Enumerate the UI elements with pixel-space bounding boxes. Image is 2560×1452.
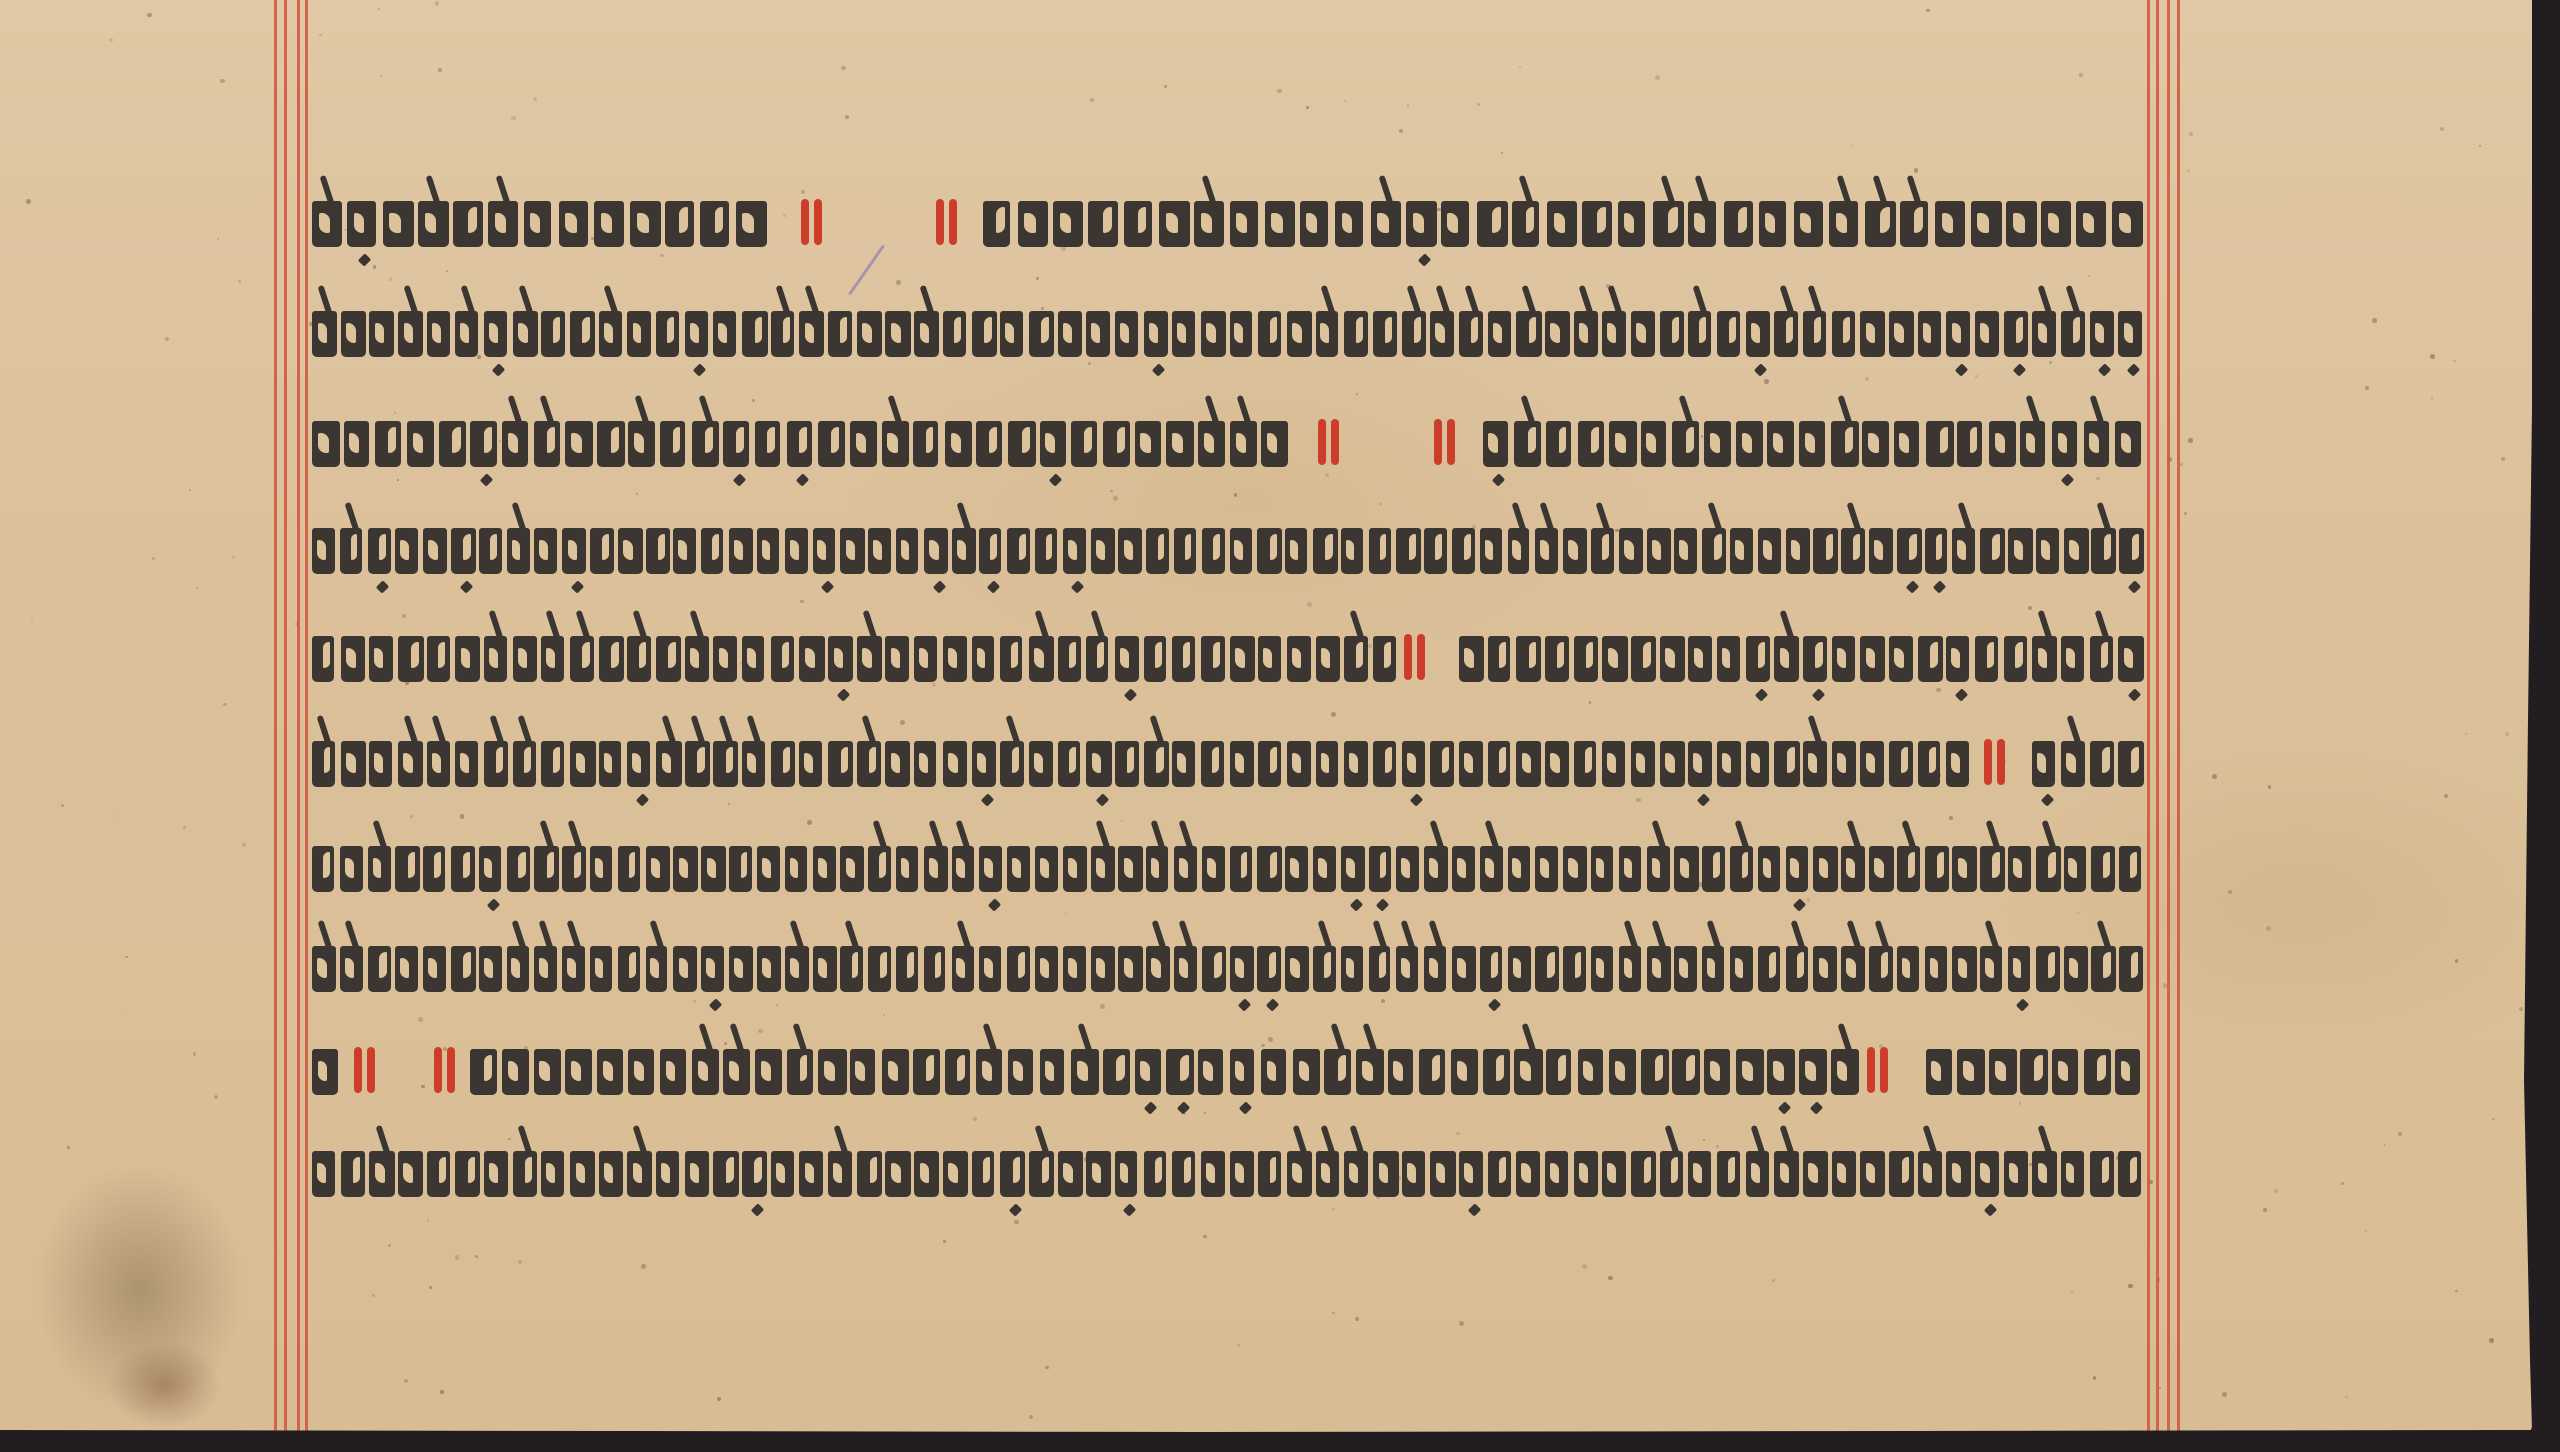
- paper-speck: [147, 13, 151, 17]
- script-glyph: [785, 528, 808, 574]
- script-glyph: [771, 741, 795, 787]
- script-glyph: [341, 636, 366, 682]
- script-glyph: [1631, 311, 1656, 357]
- script-glyph: [1631, 636, 1656, 682]
- script-glyph: [1316, 741, 1339, 787]
- script-glyph: [656, 311, 679, 357]
- script-glyph: [1172, 741, 1195, 787]
- script-glyph: [857, 1151, 883, 1197]
- script-glyph: [1591, 946, 1613, 992]
- script-glyph: [1897, 846, 1920, 892]
- script-glyph: [1925, 846, 1949, 892]
- script-glyph: [1980, 846, 2005, 892]
- script-glyph: [484, 311, 507, 357]
- script-glyph: [590, 946, 612, 992]
- script-glyph: [1869, 846, 1894, 892]
- script-glyph: [1257, 528, 1282, 574]
- script-glyph: [455, 636, 479, 682]
- script-glyph: [1926, 1049, 1953, 1095]
- script-glyph: [785, 946, 809, 992]
- script-glyph: [1287, 1151, 1312, 1197]
- script-glyph: [1488, 1151, 1511, 1197]
- script-glyph: [1799, 1049, 1827, 1095]
- script-glyph: [1406, 201, 1437, 247]
- script-glyph: [729, 846, 752, 892]
- script-glyph: [1869, 946, 1893, 992]
- script-glyph: [799, 741, 822, 787]
- script-glyph: [1029, 636, 1054, 682]
- paper-speck: [2184, 512, 2187, 515]
- script-glyph: [1730, 846, 1753, 892]
- red-danda-mark: [801, 199, 809, 245]
- script-glyph: [1373, 741, 1397, 787]
- script-glyph: [1618, 201, 1646, 247]
- script-glyph: [369, 1151, 395, 1197]
- script-glyph: [2032, 741, 2055, 787]
- red-danda-mark: [1880, 1047, 1888, 1093]
- script-glyph: [713, 636, 737, 682]
- script-glyph: [2064, 528, 2089, 574]
- script-glyph: [1103, 421, 1131, 467]
- script-glyph: [1230, 1049, 1255, 1095]
- script-glyph: [771, 311, 795, 357]
- script-glyph: [570, 1151, 595, 1197]
- paper-speck: [2268, 785, 2271, 788]
- script-glyph: [1660, 1151, 1683, 1197]
- script-glyph: [646, 528, 670, 574]
- script-glyph: [340, 528, 362, 574]
- script-glyph: [1946, 311, 1970, 357]
- script-glyph: [713, 311, 736, 357]
- script-glyph: [1609, 1049, 1636, 1095]
- script-glyph: [713, 741, 738, 787]
- script-glyph: [453, 201, 483, 247]
- paper-speck: [232, 556, 235, 559]
- script-glyph: [1841, 846, 1864, 892]
- script-glyph: [828, 636, 853, 682]
- script-glyph: [1631, 741, 1655, 787]
- script-glyph: [1619, 846, 1641, 892]
- script-glyph: [1512, 201, 1540, 247]
- paper-speck: [2455, 959, 2458, 962]
- script-glyph: [398, 1151, 423, 1197]
- paper-speck: [125, 956, 128, 959]
- script-glyph: [945, 421, 972, 467]
- script-glyph: [590, 528, 614, 574]
- script-glyph: [1287, 741, 1311, 787]
- script-glyph: [665, 201, 694, 247]
- script-glyph: [1591, 528, 1614, 574]
- script-glyph: [2090, 636, 2113, 682]
- paper-speck: [1029, 1415, 1033, 1419]
- paper-speck: [2455, 1290, 2457, 1292]
- script-glyph: [914, 636, 937, 682]
- script-glyph: [1574, 1151, 1599, 1197]
- script-glyph: [2020, 421, 2045, 467]
- script-glyph: [1202, 946, 1227, 992]
- script-glyph: [627, 741, 650, 787]
- script-glyph: [451, 946, 476, 992]
- script-glyph: [565, 1049, 592, 1095]
- paper-speck: [2274, 1189, 2278, 1193]
- script-glyph: [1230, 1151, 1255, 1197]
- left-margin-rule: [305, 0, 308, 1432]
- script-glyph: [1230, 421, 1258, 467]
- script-glyph: [885, 636, 909, 682]
- script-glyph: [1841, 528, 1865, 574]
- script-glyph: [541, 636, 564, 682]
- paper-speck: [2345, 1396, 2347, 1398]
- script-glyph: [713, 1151, 739, 1197]
- red-danda-mark: [1434, 419, 1442, 465]
- script-glyph: [1975, 311, 1999, 357]
- script-glyph: [787, 1049, 813, 1095]
- script-glyph: [398, 311, 423, 357]
- script-glyph: [1287, 311, 1313, 357]
- manuscript-line: [310, 830, 2150, 900]
- script-glyph: [1767, 421, 1794, 467]
- script-glyph: [787, 421, 812, 467]
- script-glyph: [1285, 946, 1309, 992]
- script-glyph: [1000, 1151, 1025, 1197]
- script-glyph: [398, 741, 423, 787]
- script-glyph: [1786, 946, 1809, 992]
- script-glyph: [1341, 846, 1366, 892]
- script-glyph: [2032, 636, 2057, 682]
- script-glyph: [1897, 528, 1922, 574]
- script-glyph: [1324, 1049, 1351, 1095]
- paper-speck: [220, 79, 225, 84]
- script-glyph: [1230, 311, 1253, 357]
- script-glyph: [2036, 946, 2060, 992]
- script-glyph: [1018, 201, 1048, 247]
- script-glyph: [1091, 946, 1115, 992]
- script-glyph: [2118, 311, 2142, 357]
- script-glyph: [976, 421, 1002, 467]
- script-glyph: [1730, 946, 1753, 992]
- script-glyph: [2076, 201, 2105, 247]
- script-glyph: [952, 846, 974, 892]
- paper-speck: [2505, 732, 2509, 736]
- script-glyph: [418, 201, 449, 247]
- script-glyph: [729, 946, 753, 992]
- script-glyph: [1058, 311, 1083, 357]
- script-glyph: [952, 946, 975, 992]
- script-glyph: [1166, 421, 1194, 467]
- script-glyph: [1674, 846, 1699, 892]
- script-glyph: [1717, 1151, 1740, 1197]
- script-glyph: [685, 311, 709, 357]
- paper-speck: [2263, 1208, 2267, 1212]
- script-glyph: [1265, 201, 1295, 247]
- script-glyph: [1146, 846, 1168, 892]
- red-danda-mark: [1867, 1047, 1875, 1093]
- script-glyph: [799, 636, 824, 682]
- script-glyph: [1918, 1151, 1942, 1197]
- script-glyph: [2091, 946, 2115, 992]
- script-glyph: [1688, 636, 1712, 682]
- script-glyph: [896, 846, 918, 892]
- script-glyph: [2052, 421, 2077, 467]
- paper-speck: [109, 38, 113, 42]
- script-glyph: [2119, 946, 2143, 992]
- script-glyph: [1086, 741, 1112, 787]
- script-glyph: [1402, 1151, 1426, 1197]
- script-glyph: [1602, 636, 1628, 682]
- paper-speck: [1237, 1344, 1240, 1347]
- script-glyph: [1946, 1151, 1970, 1197]
- script-glyph: [1736, 1049, 1764, 1095]
- script-glyph: [813, 846, 837, 892]
- script-glyph: [1480, 528, 1502, 574]
- paper-speck: [2188, 438, 2192, 442]
- paper-speck: [2479, 145, 2481, 147]
- script-glyph: [818, 1049, 846, 1095]
- script-glyph: [1832, 636, 1855, 682]
- script-glyph: [1483, 421, 1509, 467]
- script-glyph: [1091, 846, 1116, 892]
- script-glyph: [451, 528, 476, 574]
- script-glyph: [1591, 846, 1613, 892]
- script-glyph: [1653, 201, 1684, 247]
- script-glyph: [1007, 946, 1030, 992]
- script-glyph: [799, 1151, 823, 1197]
- script-glyph: [562, 528, 586, 574]
- script-glyph: [312, 1049, 338, 1095]
- script-glyph: [1803, 741, 1827, 787]
- script-glyph: [723, 1049, 749, 1095]
- script-glyph: [507, 528, 530, 574]
- red-danda-mark: [949, 199, 957, 245]
- paper-speck: [67, 1146, 70, 1149]
- script-glyph: [541, 311, 565, 357]
- script-glyph: [1602, 311, 1625, 357]
- script-glyph: [2004, 1151, 2029, 1197]
- script-glyph: [1477, 201, 1508, 247]
- script-glyph: [1230, 846, 1252, 892]
- script-glyph: [627, 311, 651, 357]
- script-glyph: [1514, 421, 1541, 467]
- manuscript-line: [310, 1033, 2150, 1103]
- paper-speck: [2180, 463, 2183, 466]
- red-danda-mark: [367, 1047, 375, 1093]
- script-glyph: [1545, 636, 1569, 682]
- script-glyph: [1563, 528, 1587, 574]
- script-glyph: [1831, 1049, 1859, 1095]
- script-glyph: [868, 846, 891, 892]
- script-glyph: [2119, 846, 2141, 892]
- script-glyph: [1918, 636, 1944, 682]
- script-glyph: [1172, 1151, 1195, 1197]
- red-danda-mark: [814, 199, 822, 245]
- script-glyph: [1144, 636, 1167, 682]
- script-glyph: [1430, 311, 1454, 357]
- script-glyph: [1672, 1049, 1700, 1095]
- script-glyph: [479, 846, 502, 892]
- script-glyph: [813, 946, 838, 992]
- script-glyph: [1774, 1151, 1799, 1197]
- script-glyph: [1946, 636, 1969, 682]
- script-glyph: [1803, 1151, 1828, 1197]
- script-glyph: [1344, 636, 1368, 682]
- script-glyph: [914, 741, 936, 787]
- script-glyph: [369, 741, 392, 787]
- script-glyph: [627, 636, 650, 682]
- script-glyph: [1952, 846, 1977, 892]
- script-glyph: [882, 421, 909, 467]
- script-glyph: [885, 1151, 911, 1197]
- script-glyph: [1115, 741, 1139, 787]
- script-glyph: [1007, 528, 1030, 574]
- script-glyph: [513, 636, 537, 682]
- script-glyph: [1832, 1151, 1856, 1197]
- script-glyph: [599, 1151, 624, 1197]
- manuscript-line: [310, 930, 2150, 1000]
- script-glyph: [1201, 311, 1227, 357]
- script-glyph: [1313, 946, 1336, 992]
- script-glyph: [368, 846, 391, 892]
- script-glyph: [673, 846, 698, 892]
- left-margin-rule: [274, 0, 277, 1432]
- script-glyph: [742, 311, 768, 357]
- script-glyph: [979, 528, 1001, 574]
- manuscript-line: [310, 725, 2150, 795]
- script-glyph: [1717, 636, 1740, 682]
- script-glyph: [840, 946, 863, 992]
- script-glyph: [1702, 846, 1725, 892]
- script-glyph: [618, 946, 641, 992]
- script-glyph: [534, 528, 556, 574]
- paper-speck: [2519, 1007, 2523, 1011]
- script-glyph: [2061, 1151, 2084, 1197]
- script-glyph: [1201, 636, 1225, 682]
- script-glyph: [2118, 741, 2144, 787]
- script-glyph: [1563, 946, 1586, 992]
- script-glyph: [1344, 741, 1368, 787]
- script-glyph: [700, 201, 729, 247]
- script-glyph: [1483, 1049, 1510, 1095]
- script-glyph: [685, 1151, 709, 1197]
- script-glyph: [1035, 946, 1059, 992]
- script-glyph: [857, 636, 882, 682]
- script-glyph: [1029, 741, 1053, 787]
- script-glyph: [398, 636, 424, 682]
- script-glyph: [1602, 1151, 1626, 1197]
- script-glyph: [1230, 201, 1259, 247]
- script-glyph: [1118, 946, 1142, 992]
- script-glyph: [1174, 946, 1197, 992]
- script-glyph: [1086, 311, 1110, 357]
- manuscript-line: [310, 620, 2150, 690]
- script-glyph: [1230, 636, 1255, 682]
- script-glyph: [627, 1151, 651, 1197]
- script-glyph: [2004, 311, 2029, 357]
- paper-speck: [1332, 1312, 1334, 1314]
- script-glyph: [1459, 311, 1484, 357]
- script-glyph: [1144, 1151, 1167, 1197]
- script-glyph: [1035, 528, 1057, 574]
- script-glyph: [1424, 946, 1446, 992]
- script-glyph: [952, 528, 977, 574]
- script-glyph: [1989, 1049, 2017, 1095]
- paper-speck: [2341, 1182, 2344, 1185]
- script-glyph: [1619, 946, 1642, 992]
- script-glyph: [885, 311, 910, 357]
- paper-speck: [193, 1052, 196, 1055]
- script-glyph: [646, 946, 668, 992]
- script-glyph: [1660, 636, 1685, 682]
- script-glyph: [427, 311, 451, 357]
- script-glyph: [1647, 528, 1671, 574]
- right-margin-rule: [2156, 0, 2159, 1432]
- script-glyph: [2084, 421, 2110, 467]
- script-glyph: [1341, 946, 1363, 992]
- script-glyph: [1799, 421, 1825, 467]
- script-glyph: [2119, 528, 2144, 574]
- paper-speck: [217, 238, 219, 240]
- script-glyph: [1230, 741, 1255, 787]
- script-glyph: [1989, 421, 2017, 467]
- script-glyph: [1574, 741, 1597, 787]
- script-glyph: [1641, 421, 1666, 467]
- script-glyph: [1146, 528, 1169, 574]
- script-glyph: [2036, 528, 2060, 574]
- script-glyph: [1704, 421, 1731, 467]
- script-glyph: [455, 741, 478, 787]
- script-glyph: [755, 1049, 783, 1095]
- script-glyph: [1980, 946, 2002, 992]
- script-glyph: [755, 421, 780, 467]
- script-glyph: [423, 528, 447, 574]
- script-glyph: [1488, 741, 1511, 787]
- script-glyph: [1900, 201, 1928, 247]
- script-glyph: [1488, 636, 1511, 682]
- script-glyph: [1925, 528, 1947, 574]
- script-glyph: [1452, 846, 1475, 892]
- script-glyph: [562, 946, 585, 992]
- script-glyph: [1135, 421, 1162, 467]
- paper-speck: [2222, 1392, 2227, 1397]
- script-glyph: [341, 741, 367, 787]
- script-glyph: [1174, 528, 1196, 574]
- script-glyph: [1746, 311, 1770, 357]
- script-glyph: [513, 1151, 538, 1197]
- script-glyph: [395, 528, 417, 574]
- script-glyph: [943, 636, 967, 682]
- script-glyph: [1774, 636, 1799, 682]
- script-glyph: [1813, 528, 1838, 574]
- script-glyph: [1975, 636, 1998, 682]
- script-glyph: [1086, 1151, 1111, 1197]
- script-glyph: [813, 528, 836, 574]
- script-glyph: [1516, 1151, 1540, 1197]
- script-glyph: [2061, 741, 2085, 787]
- script-glyph: [896, 528, 918, 574]
- script-glyph: [1459, 741, 1483, 787]
- script-glyph: [1647, 846, 1670, 892]
- script-glyph: [1007, 846, 1030, 892]
- script-glyph: [757, 846, 781, 892]
- script-glyph: [340, 946, 363, 992]
- script-glyph: [524, 201, 552, 247]
- script-glyph: [771, 636, 794, 682]
- paper-speck: [122, 1011, 124, 1013]
- script-glyph: [1535, 846, 1558, 892]
- script-glyph: [439, 421, 467, 467]
- script-glyph: [1758, 528, 1782, 574]
- script-glyph: [1172, 311, 1195, 357]
- script-glyph: [484, 1151, 508, 1197]
